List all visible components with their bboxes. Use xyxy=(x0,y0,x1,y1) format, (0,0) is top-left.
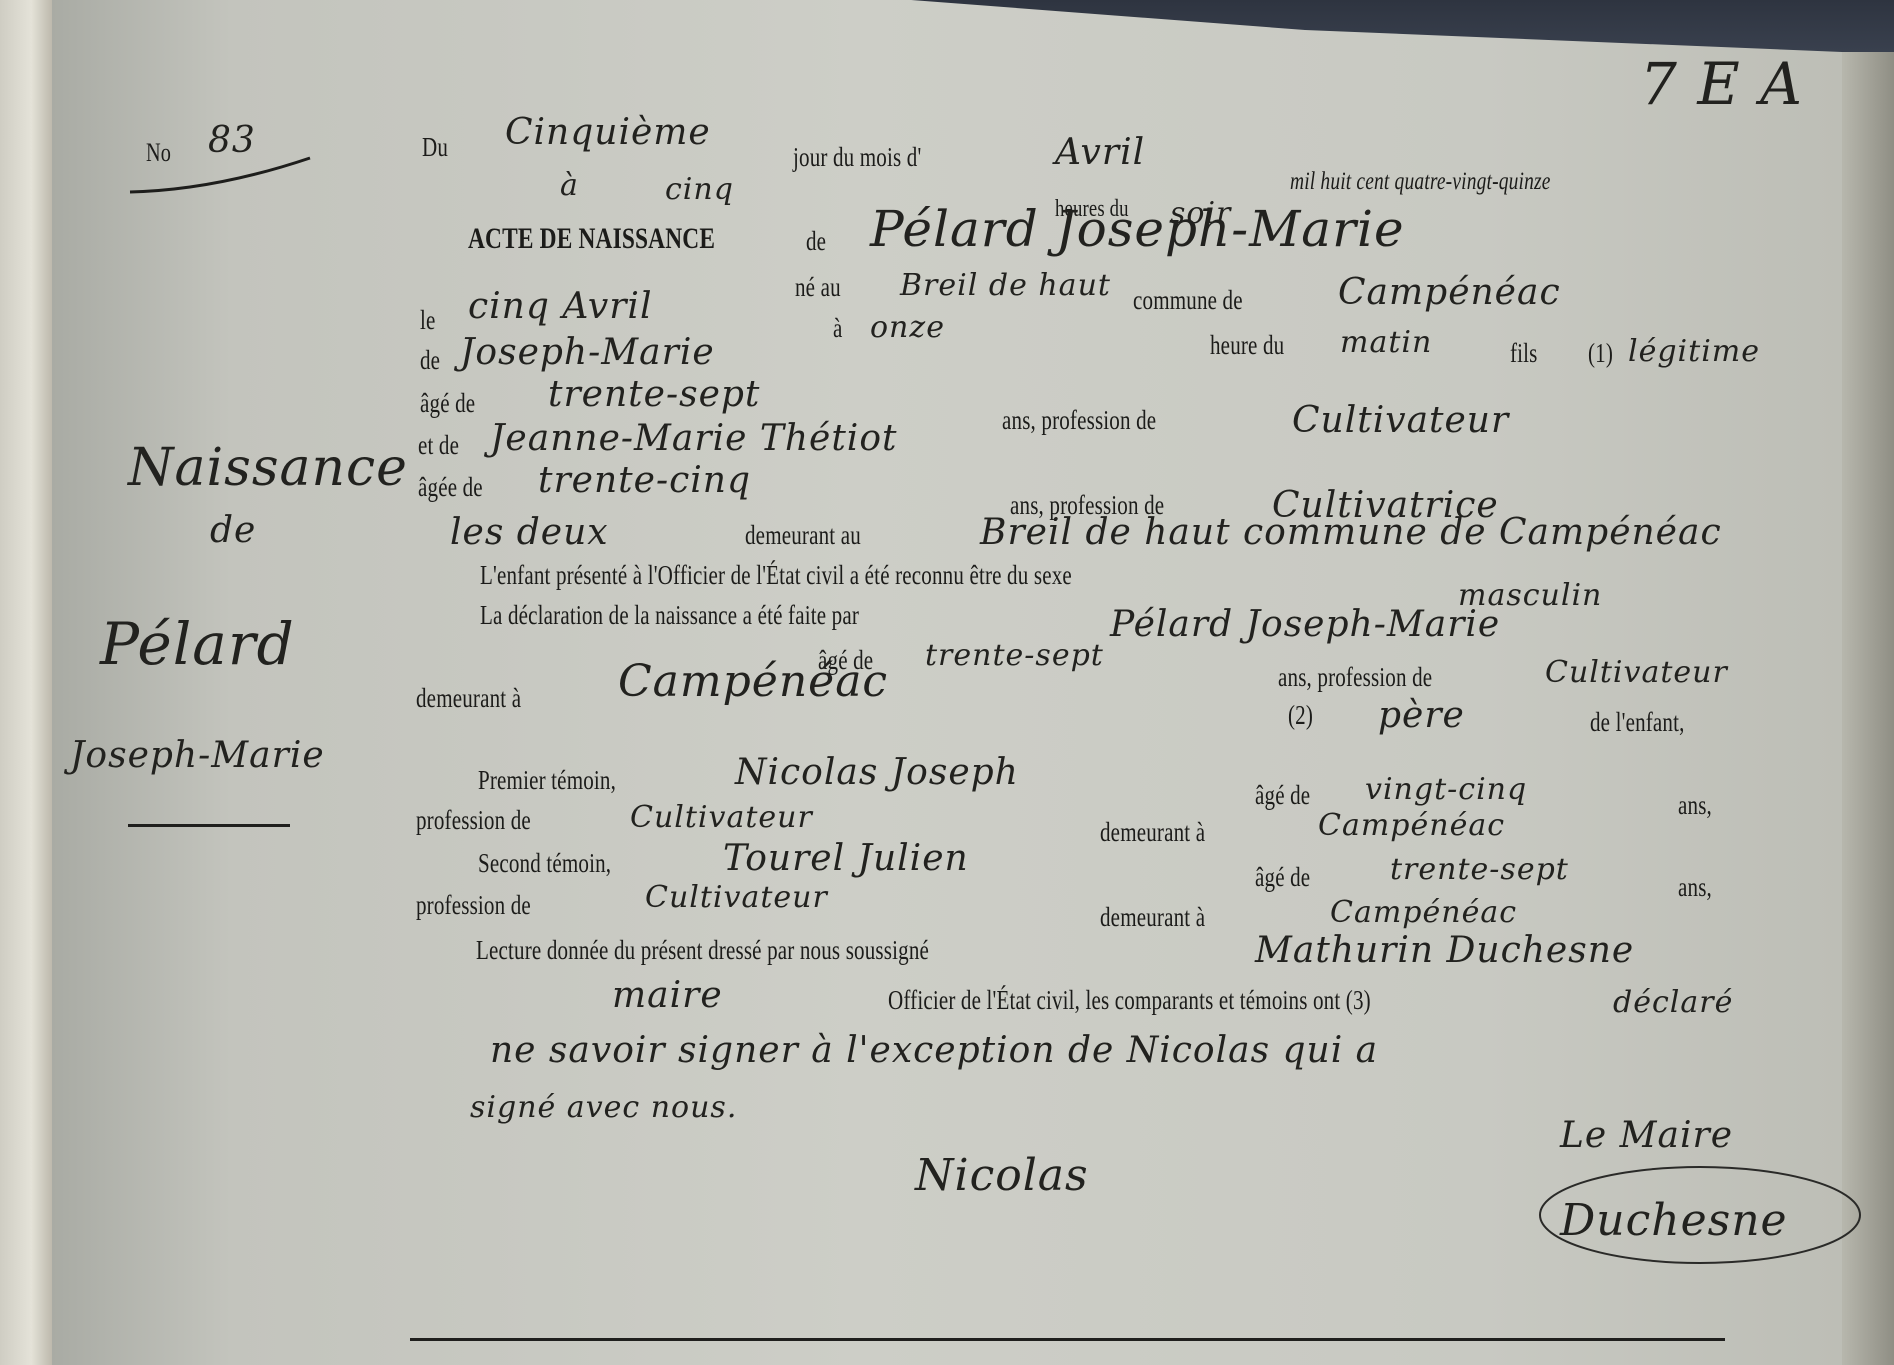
jour-du-mois-label: jour du mois d' xyxy=(793,142,921,173)
witness1-residence: Campénéac xyxy=(1318,808,1505,843)
presentation-text: L'enfant présenté à l'Officier de l'État… xyxy=(480,560,1072,591)
margin-given-names: Joseph-Marie xyxy=(70,735,325,776)
hour-prefix: à xyxy=(560,168,579,203)
witness1-age: vingt-cinq xyxy=(1365,772,1527,807)
closing-line2: ne savoir signer à l'exception de Nicola… xyxy=(490,1030,1378,1071)
mayor-label: Le Maire xyxy=(1560,1115,1733,1156)
witness2-label: Second témoin, xyxy=(478,848,611,879)
officier-text: Officier de l'État civil, les comparants… xyxy=(888,985,1371,1016)
margin-surname: Pélard xyxy=(100,610,295,678)
year-text: mil huit cent quatre-vingt-quinze xyxy=(1290,168,1551,196)
bottom-rule xyxy=(410,1338,1725,1341)
birth-place: Breil de haut xyxy=(900,268,1111,303)
commune: Campénéac xyxy=(1338,272,1561,313)
residence-demeurant: demeurant au xyxy=(745,520,861,551)
witness2-profession-label: profession de xyxy=(416,890,531,921)
le-label: le xyxy=(420,305,436,336)
child-name: Pélard Joseph-Marie xyxy=(870,200,1405,258)
signature-flourish xyxy=(1535,1160,1865,1270)
a-label: à xyxy=(833,313,843,344)
declarant-profession: Cultivateur xyxy=(1545,655,1728,690)
closing-line3: signé avec nous. xyxy=(470,1090,737,1125)
declaration-text: La déclaration de la naissance a été fai… xyxy=(480,600,859,631)
witness1-age-label: âgé de xyxy=(1255,780,1310,811)
witness2-age: trente-sept xyxy=(1390,852,1569,887)
witness2-residence: Campénéac xyxy=(1330,895,1517,930)
du-label: Du xyxy=(422,132,448,163)
fils-label: fils xyxy=(1510,338,1538,369)
month: Avril xyxy=(1055,132,1145,173)
witness2-name: Tourel Julien xyxy=(723,838,969,879)
corner-mark: 7 E A xyxy=(1640,50,1803,118)
signature-nicolas: Nicolas xyxy=(915,1150,1089,1201)
mother-name: Jeanne-Marie Thétiot xyxy=(490,418,897,459)
note-1: (1) xyxy=(1588,338,1613,369)
de-lenfant: de l'enfant, xyxy=(1590,707,1685,738)
note-2: (2) xyxy=(1288,700,1313,731)
declarant-residence: Campénéac xyxy=(618,656,888,707)
book-spine-edge xyxy=(0,0,52,1365)
act-title: ACTE DE NAISSANCE xyxy=(468,222,715,256)
father-ans-profession: ans, profession de xyxy=(1002,405,1156,436)
witness2-profession: Cultivateur xyxy=(645,880,828,915)
witness1-profession-label: profession de xyxy=(416,805,531,836)
witness1-label: Premier témoin, xyxy=(478,765,616,796)
birth-date: cinq Avril xyxy=(468,286,652,327)
witness1-demeurant: demeurant à xyxy=(1100,817,1205,848)
mother-age-label: âgée de xyxy=(418,472,483,503)
witness2-age-label: âgé de xyxy=(1255,862,1310,893)
declarant-age: trente-sept xyxy=(925,638,1104,673)
hour-written: cinq xyxy=(665,172,734,207)
heure-du-label: heure du xyxy=(1210,330,1284,361)
legitimacy: légitime xyxy=(1628,334,1760,369)
witness1-name: Nicolas Joseph xyxy=(735,752,1019,793)
mother-age: trente-cinq xyxy=(538,460,751,501)
margin-naissance: Naissance xyxy=(128,438,408,498)
declared: déclaré xyxy=(1613,985,1733,1020)
ne-au-label: né au xyxy=(795,272,841,303)
residence-place: Breil de haut commune de Campénéac xyxy=(980,512,1722,553)
mother-et-de: et de xyxy=(418,430,459,461)
declarant-demeurant: demeurant à xyxy=(416,683,521,714)
witness1-profession: Cultivateur xyxy=(630,800,813,835)
declarant-ans-profession: ans, profession de xyxy=(1278,662,1432,693)
father-age: trente-sept xyxy=(548,374,760,415)
residence-who: les deux xyxy=(450,512,609,553)
father-name: Joseph-Marie xyxy=(460,332,715,373)
officer-name: Mathurin Duchesne xyxy=(1255,930,1634,971)
father-age-label: âgé de xyxy=(420,388,475,419)
lecture-text: Lecture donnée du présent dressé par nou… xyxy=(476,935,929,966)
entry-underline xyxy=(125,150,315,200)
declarant-name: Pélard Joseph-Marie xyxy=(1110,604,1500,645)
declarant-relation: père xyxy=(1378,695,1465,736)
witness2-ans: ans, xyxy=(1678,872,1712,903)
day-written: Cinquième xyxy=(505,112,711,153)
margin-de: de xyxy=(210,510,256,551)
witness2-demeurant: demeurant à xyxy=(1100,902,1205,933)
father-de-label: de xyxy=(420,345,440,376)
title-de: de xyxy=(806,226,826,257)
father-profession: Cultivateur xyxy=(1292,400,1509,441)
commune-label: commune de xyxy=(1133,285,1243,316)
witness1-ans: ans, xyxy=(1678,790,1712,821)
officer-title: maire xyxy=(612,975,723,1016)
birth-hour: onze xyxy=(870,310,945,345)
birth-period: matin xyxy=(1340,325,1432,360)
margin-rule xyxy=(128,824,290,827)
